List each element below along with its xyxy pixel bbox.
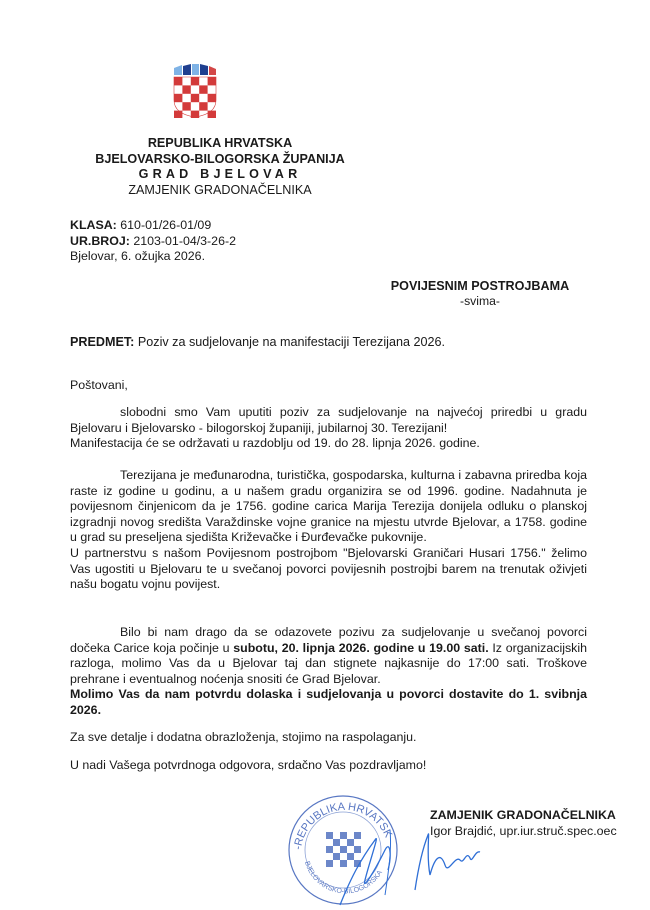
- subject-line: PREDMET: Poziv za sudjelovanje na manife…: [70, 335, 445, 349]
- event-datetime: subotu, 20. lipnja 2026. godine u 19.00 …: [233, 641, 488, 655]
- klasa-label: KLASA:: [70, 218, 117, 232]
- subject-label: PREDMET:: [70, 335, 134, 349]
- signature-block: ZAMJENIK GRADONAČELNIKA Igor Brajdić, up…: [430, 808, 617, 839]
- greeting: Poštovani,: [70, 378, 128, 392]
- confirmation-deadline: Molimo Vas da nam potvrdu dolaska i sudj…: [70, 687, 587, 717]
- klasa-value: 610-01/26-01/09: [120, 218, 211, 232]
- paragraph-text: Terezijana je međunarodna, turistička, g…: [70, 468, 587, 546]
- paragraph-text: Bilo bi nam drago da se odazovete pozivu…: [70, 625, 587, 687]
- signatory-name: Igor Brajdić, upr.iur.struč.spec.oec: [430, 824, 617, 840]
- subject-text: Poziv za sudjelovanje na manifestaciji T…: [138, 335, 445, 349]
- recipient-subtitle: -svima-: [380, 294, 580, 309]
- recipient-title: POVIJESNIM POSTROJBAMA: [380, 279, 580, 294]
- paragraph-text: Molimo Vas da nam potvrdu dolaska i sudj…: [70, 687, 587, 718]
- paragraph-text: Manifestacija će se održavati u razdoblj…: [70, 436, 587, 452]
- paragraph-text: U partnerstvu s našom Povijesnom postroj…: [70, 546, 587, 593]
- place-date: Bjelovar, 6. ožujka 2026.: [70, 249, 236, 265]
- recipient-block: POVIJESNIM POSTROJBAMA -svima-: [380, 279, 580, 309]
- croatian-coat-of-arms-icon: [170, 64, 220, 118]
- paragraph-history: Terezijana je međunarodna, turistička, g…: [70, 468, 587, 593]
- letterhead: REPUBLIKA HRVATSKA BJELOVARSKO-BILOGORSK…: [70, 136, 370, 198]
- paragraph-details: Bilo bi nam drago da se odazovete pozivu…: [70, 625, 587, 719]
- city-name: GRAD BJELOVAR: [70, 167, 370, 183]
- office-name: ZAMJENIK GRADONAČELNIKA: [70, 183, 370, 199]
- country-name: REPUBLIKA HRVATSKA: [70, 136, 370, 152]
- county-name: BJELOVARSKO-BILOGORSKA ŽUPANIJA: [70, 152, 370, 168]
- urbroj-label: UR.BROJ:: [70, 234, 130, 248]
- klasa-line: KLASA: 610-01/26-01/09: [70, 218, 236, 234]
- paragraph-text: slobodni smo Vam uputiti poziv za sudjel…: [70, 405, 587, 436]
- paragraph-invitation: slobodni smo Vam uputiti poziv za sudjel…: [70, 405, 587, 452]
- paragraph-availability: Za sve detalje i dodatna obrazloženja, s…: [70, 730, 587, 746]
- reference-block: KLASA: 610-01/26-01/09 UR.BROJ: 2103-01-…: [70, 218, 236, 265]
- urbroj-line: UR.BROJ: 2103-01-04/3-26-2: [70, 234, 236, 250]
- paragraph-closing: U nadi Vašega potvrdnoga odgovora, srdač…: [70, 758, 587, 774]
- urbroj-value: 2103-01-04/3-26-2: [133, 234, 236, 248]
- signatory-title: ZAMJENIK GRADONAČELNIKA: [430, 808, 617, 824]
